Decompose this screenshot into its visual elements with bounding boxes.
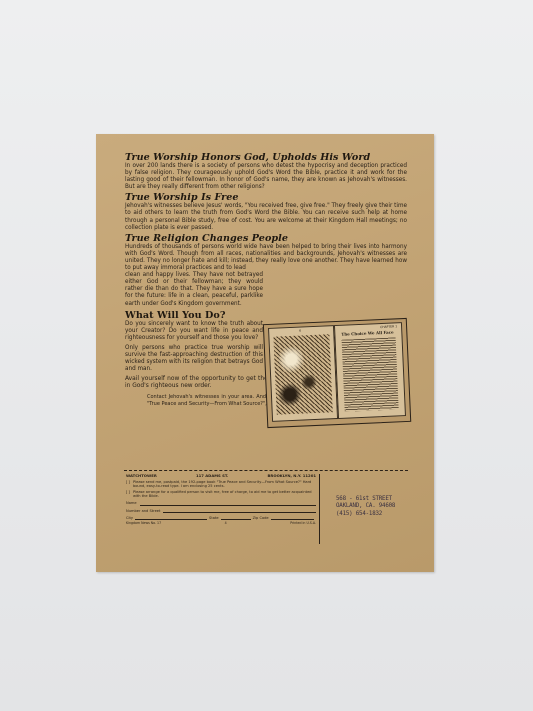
book-left-page: 6 <box>268 325 338 422</box>
section-worship-honors: True Worship Honors God, Upholds His Wor… <box>125 152 407 191</box>
name-line[interactable] <box>140 502 316 506</box>
section-body: Jehovah's witnesses believe Jesus' words… <box>125 203 407 231</box>
stamp-line-3: (415) 654-1832 <box>336 511 416 518</box>
coupon-city: BROOKLYN, N.Y. 11201 <box>268 474 316 479</box>
section-heading: True Religion Changes People <box>125 233 407 244</box>
coupon-street: 117 ADAMS ST. <box>196 474 228 479</box>
print-code: 4 <box>225 521 227 526</box>
stamp-line-2: OAKLAND, CA. 94608 <box>336 503 416 510</box>
street-line[interactable] <box>163 509 316 513</box>
book-illustration-image <box>273 334 332 414</box>
book-illustration: 6 CHAPTER 1 The Choice We All Face <box>263 316 411 428</box>
city-label: City <box>126 516 133 521</box>
option-text: Please arrange for a qualified person to… <box>133 490 316 499</box>
city-state-zip-row: City State Zip Code <box>126 516 316 521</box>
printed-in: Printed in U.S.A. <box>290 521 316 526</box>
zip-line[interactable] <box>271 516 314 520</box>
checkbox[interactable]: [ ] <box>126 480 130 489</box>
section-body: In over 200 lands there is a society of … <box>125 163 407 191</box>
coupon-address: WATCHTOWER 117 ADAMS ST. BROOKLYN, N.Y. … <box>126 474 316 479</box>
book-chapter-title: The Choice We All Face <box>341 329 393 336</box>
mail-coupon: WATCHTOWER 117 ADAMS ST. BROOKLYN, N.Y. … <box>126 474 320 544</box>
checkbox[interactable]: [ ] <box>126 490 130 499</box>
section-body: Hundreds of thousands of persons world w… <box>125 244 407 272</box>
section-body: Do you sincerely want to know the truth … <box>125 321 263 342</box>
book-page-number: 6 <box>299 329 301 333</box>
section-heading: True Worship Is Free <box>125 192 407 203</box>
zip-label: Zip Code <box>253 516 269 521</box>
section-heading: True Worship Honors God, Upholds His Wor… <box>125 152 407 163</box>
section-body-continued: clean and happy lives. They have not bet… <box>125 272 263 307</box>
name-field[interactable]: Name <box>126 501 316 506</box>
book-text-lines <box>342 337 399 411</box>
book-right-page: CHAPTER 1 The Choice We All Face <box>334 322 406 419</box>
coupon-org: WATCHTOWER <box>126 474 157 479</box>
state-line[interactable] <box>221 516 251 520</box>
stamp-line-1: 568 - 61st STREET <box>336 496 416 503</box>
issue-number: Kingdom News No. 17 <box>126 521 161 526</box>
cut-line <box>124 470 408 471</box>
street-field[interactable]: Number and Street <box>126 509 316 514</box>
coupon-option-book[interactable]: [ ] Please send me, postpaid, the 192-pa… <box>126 480 316 489</box>
tract-page: True Worship Honors God, Upholds His Wor… <box>96 134 434 572</box>
street-label: Number and Street <box>126 509 160 514</box>
narrow-column: clean and happy lives. They have not bet… <box>125 272 407 307</box>
address-stamp: 568 - 61st STREET OAKLAND, CA. 94608 (41… <box>336 496 416 518</box>
section-body-2: Only persons who practice true worship w… <box>125 345 263 373</box>
option-text: Please send me, postpaid, the 192-page b… <box>133 480 316 489</box>
state-label: State <box>209 516 219 521</box>
coupon-option-visit[interactable]: [ ] Please arrange for a qualified perso… <box>126 490 316 499</box>
book-chapter: CHAPTER 1 <box>380 324 397 329</box>
city-line[interactable] <box>135 516 207 520</box>
section-religion-changes: True Religion Changes People Hundreds of… <box>125 233 407 308</box>
section-worship-free: True Worship Is Free Jehovah's witnesses… <box>125 192 407 231</box>
coupon-footer: Kingdom News No. 17 4 Printed in U.S.A. <box>126 521 316 526</box>
name-label: Name <box>126 501 137 506</box>
